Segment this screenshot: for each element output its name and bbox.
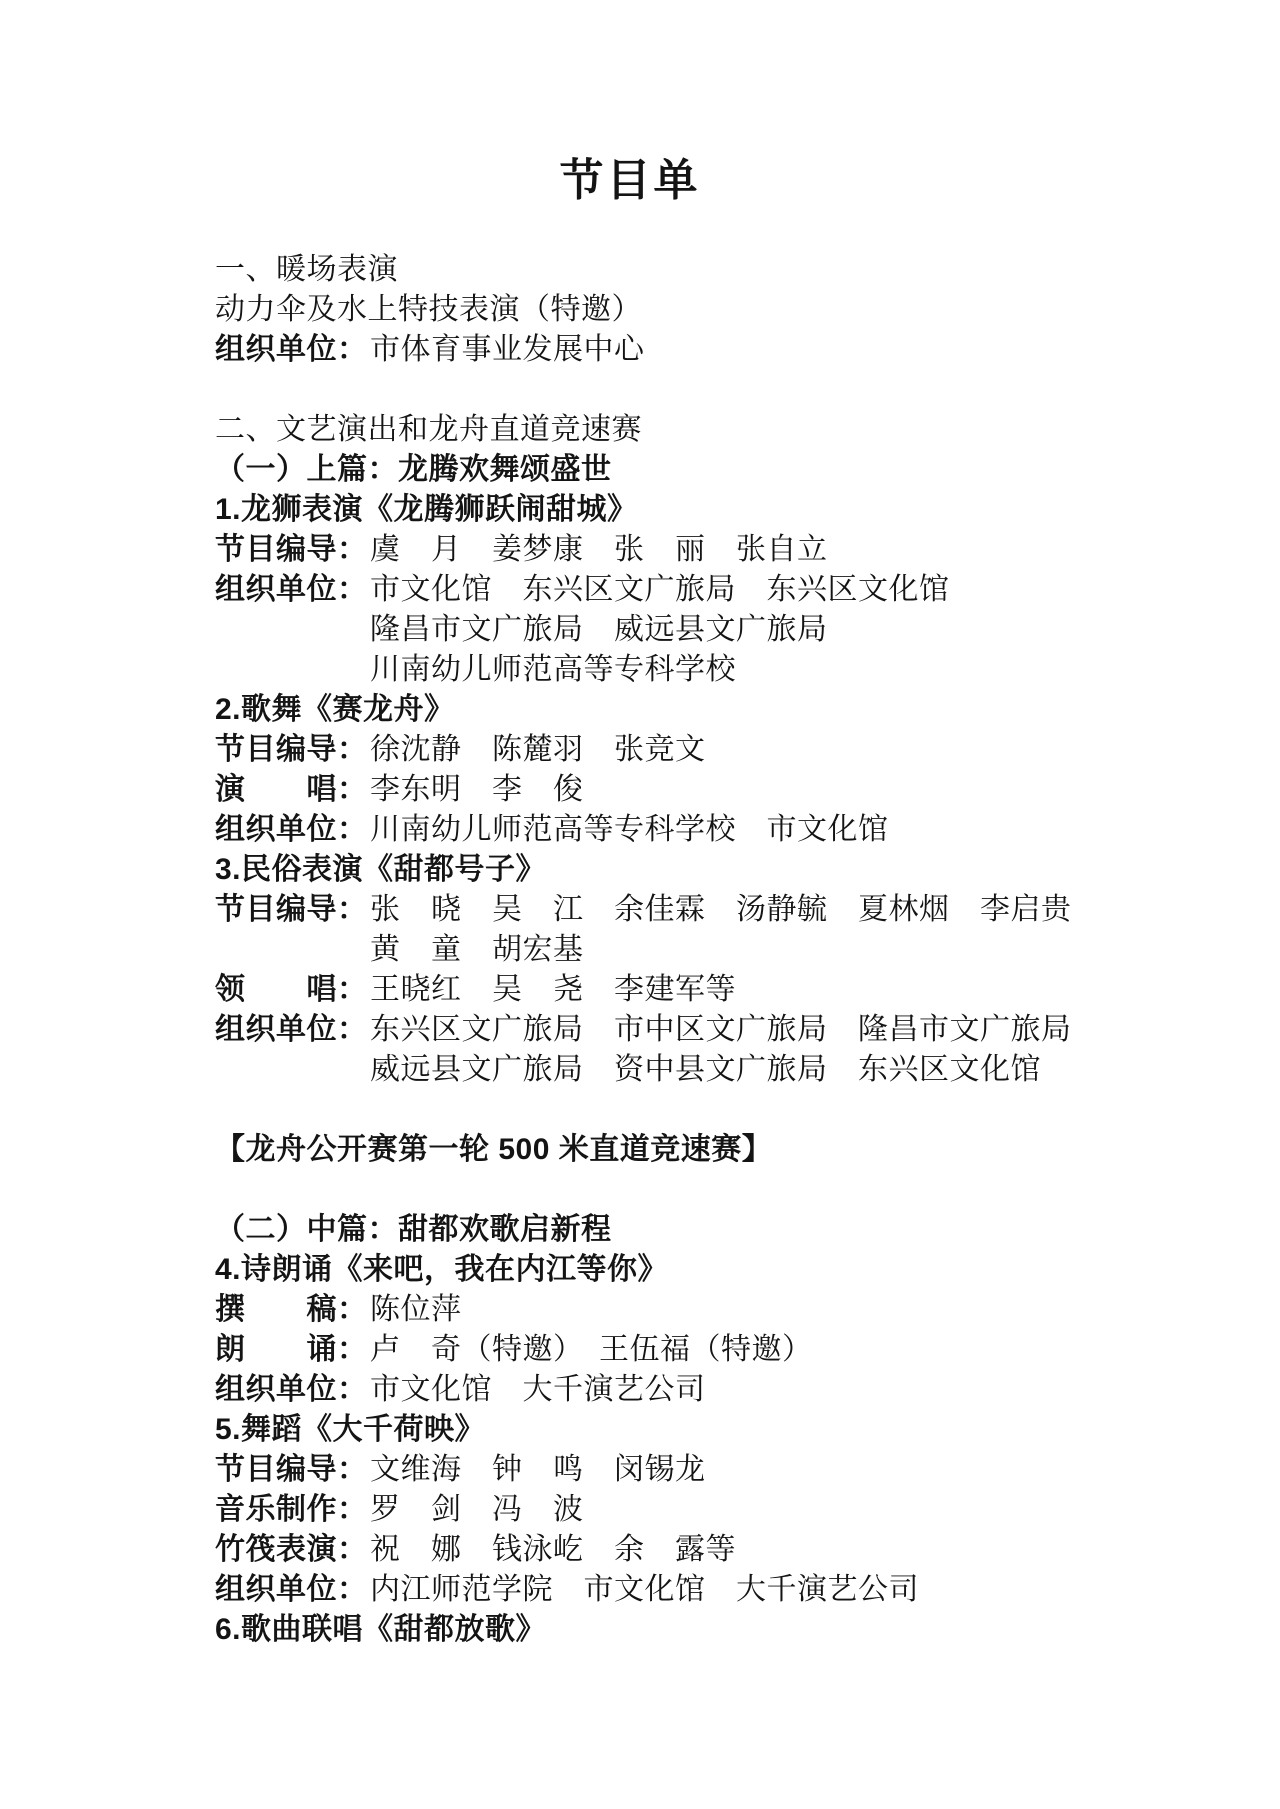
- program-line: 二、文艺演出和龙舟直道竞速赛: [215, 410, 1045, 450]
- credit-line: 节目编导：虞 月 姜梦康 张 丽 张自立: [215, 530, 1045, 570]
- credit-value: 文维海 钟 鸣 闵锡龙: [370, 1453, 706, 1486]
- credit-line: 领 唱：王晓红 吴 尧 李建军等: [215, 970, 1045, 1010]
- credit-value: 市体育事业发展中心: [370, 333, 645, 366]
- blank-line: [215, 1090, 1045, 1130]
- credit-value: 威远县文广旅局 资中县文广旅局 东兴区文化馆: [370, 1053, 1041, 1086]
- credit-label: 组织单位：: [215, 1570, 370, 1610]
- credit-line: 组织单位：川南幼儿师范高等专科学校 市文化馆: [215, 810, 1045, 850]
- document-page: 节目单 一、暖场表演动力伞及水上特技表演（特邀）组织单位：市体育事业发展中心二、…: [0, 0, 1280, 1809]
- program-list: 一、暖场表演动力伞及水上特技表演（特邀）组织单位：市体育事业发展中心二、文艺演出…: [215, 250, 1045, 1650]
- credit-label: 节目编导：: [215, 730, 370, 770]
- credit-line: 组织单位：市体育事业发展中心: [215, 330, 1045, 370]
- credit-value: 祝 娜 钱泳屹 余 露等: [370, 1533, 736, 1566]
- credit-label: 竹筏表演：: [215, 1530, 370, 1570]
- section-heading: （一）上篇：龙腾欢舞颂盛世: [215, 450, 1045, 490]
- credit-label: 节目编导：: [215, 890, 370, 930]
- credit-label: 组织单位：: [215, 330, 370, 370]
- credit-value: 东兴区文广旅局 市中区文广旅局 隆昌市文广旅局: [370, 1013, 1072, 1046]
- blank-line: [215, 1170, 1045, 1210]
- credit-line: 竹筏表演：祝 娜 钱泳屹 余 露等: [215, 1530, 1045, 1570]
- credit-line: 音乐制作：罗 剑 冯 波: [215, 1490, 1045, 1530]
- credit-value: 陈位萍: [370, 1293, 462, 1326]
- credit-line: 组织单位：市文化馆 大千演艺公司: [215, 1370, 1045, 1410]
- credit-value: 川南幼儿师范高等专科学校: [370, 653, 736, 686]
- credit-label: 领 唱：: [215, 970, 370, 1010]
- credit-label: 演 唱：: [215, 770, 370, 810]
- credit-continuation-line: 川南幼儿师范高等专科学校: [215, 650, 1045, 690]
- credit-line: 节目编导：文维海 钟 鸣 闵锡龙: [215, 1450, 1045, 1490]
- section-heading: 3.民俗表演《甜都号子》: [215, 850, 1045, 890]
- section-heading: 1.龙狮表演《龙腾狮跃闹甜城》: [215, 490, 1045, 530]
- credit-label: 撰 稿：: [215, 1290, 370, 1330]
- credit-value: 隆昌市文广旅局 威远县文广旅局: [370, 613, 828, 646]
- credit-line: 演 唱：李东明 李 俊: [215, 770, 1045, 810]
- credit-line: 组织单位：东兴区文广旅局 市中区文广旅局 隆昌市文广旅局: [215, 1010, 1045, 1050]
- program-line: 一、暖场表演: [215, 250, 1045, 290]
- credit-label: 组织单位：: [215, 570, 370, 610]
- credit-value: 内江师范学院 市文化馆 大千演艺公司: [370, 1573, 919, 1606]
- credit-line: 组织单位：内江师范学院 市文化馆 大千演艺公司: [215, 1570, 1045, 1610]
- credit-value: 川南幼儿师范高等专科学校 市文化馆: [370, 813, 889, 846]
- section-heading: 6.歌曲联唱《甜都放歌》: [215, 1610, 1045, 1650]
- credit-continuation-line: 威远县文广旅局 资中县文广旅局 东兴区文化馆: [215, 1050, 1045, 1090]
- credit-continuation-line: 隆昌市文广旅局 威远县文广旅局: [215, 610, 1045, 650]
- credit-value: 市文化馆 东兴区文广旅局 东兴区文化馆: [370, 573, 950, 606]
- credit-line: 撰 稿：陈位萍: [215, 1290, 1045, 1330]
- credit-label: 朗 诵：: [215, 1330, 370, 1370]
- section-heading: （二）中篇：甜都欢歌启新程: [215, 1210, 1045, 1250]
- credit-line: 组织单位：市文化馆 东兴区文广旅局 东兴区文化馆: [215, 570, 1045, 610]
- section-heading: 【龙舟公开赛第一轮 500 米直道竞速赛】: [215, 1130, 1045, 1170]
- section-heading: 4.诗朗诵《来吧，我在内江等你》: [215, 1250, 1045, 1290]
- credit-value: 张 晓 吴 江 余佳霖 汤静毓 夏林烟 李启贵: [370, 893, 1072, 926]
- credit-label: 组织单位：: [215, 1370, 370, 1410]
- credit-label: 音乐制作：: [215, 1490, 370, 1530]
- credit-value: 市文化馆 大千演艺公司: [370, 1373, 706, 1406]
- credit-value: 王晓红 吴 尧 李建军等: [370, 973, 736, 1006]
- credit-value: 徐沈静 陈麓羽 张竞文: [370, 733, 706, 766]
- page-title: 节目单: [215, 150, 1045, 212]
- section-heading: 2.歌舞《赛龙舟》: [215, 690, 1045, 730]
- credit-line: 节目编导：张 晓 吴 江 余佳霖 汤静毓 夏林烟 李启贵: [215, 890, 1045, 930]
- credit-value: 黄 童 胡宏基: [370, 933, 584, 966]
- credit-value: 卢 奇（特邀） 王伍福（特邀）: [370, 1333, 813, 1366]
- credit-line: 节目编导：徐沈静 陈麓羽 张竞文: [215, 730, 1045, 770]
- program-line: 动力伞及水上特技表演（特邀）: [215, 290, 1045, 330]
- credit-value: 李东明 李 俊: [370, 773, 584, 806]
- credit-label: 节目编导：: [215, 1450, 370, 1490]
- credit-value: 罗 剑 冯 波: [370, 1493, 584, 1526]
- credit-label: 组织单位：: [215, 810, 370, 850]
- credit-label: 组织单位：: [215, 1010, 370, 1050]
- section-heading: 5.舞蹈《大千荷映》: [215, 1410, 1045, 1450]
- credit-line: 朗 诵：卢 奇（特邀） 王伍福（特邀）: [215, 1330, 1045, 1370]
- credit-value: 虞 月 姜梦康 张 丽 张自立: [370, 533, 828, 566]
- credit-continuation-line: 黄 童 胡宏基: [215, 930, 1045, 970]
- credit-label: 节目编导：: [215, 530, 370, 570]
- blank-line: [215, 370, 1045, 410]
